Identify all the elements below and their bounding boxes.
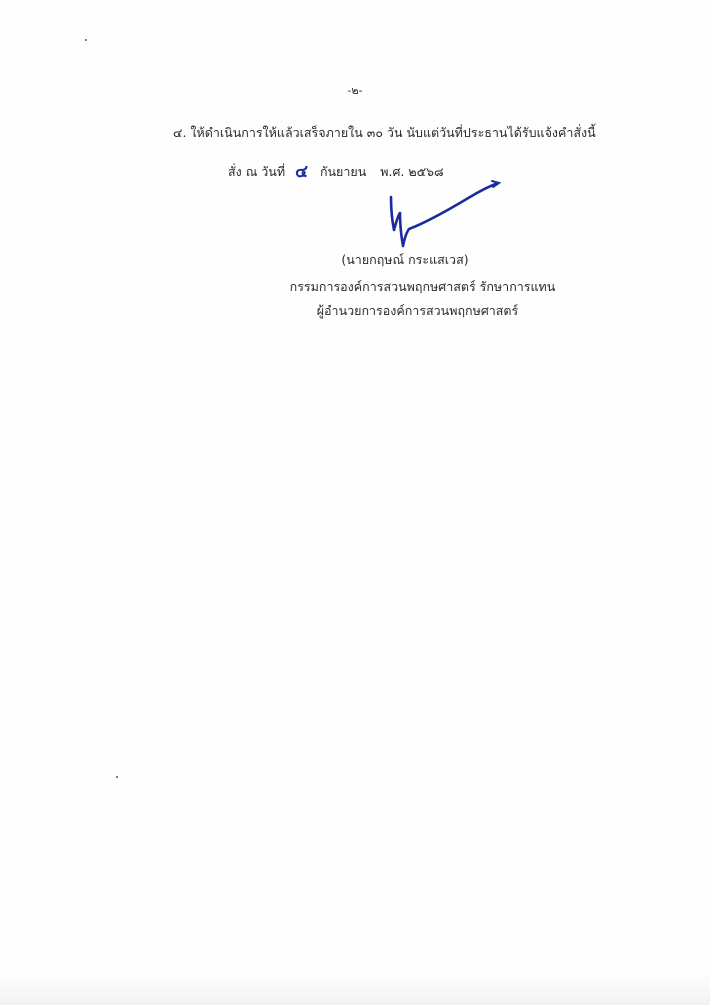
scan-speck (116, 776, 118, 778)
scan-edge-shadow (0, 975, 710, 1005)
signatory-title-line-1: กรรมการองค์การสวนพฤกษศาสตร์ รักษาการแทน (0, 279, 710, 295)
scanned-document-page: -๒- ๔. ให้ดำเนินการให้แล้วเสร็จภายใน ๓๐ … (0, 0, 710, 1005)
scan-speck (85, 39, 87, 41)
handwritten-signature (370, 175, 510, 255)
handwritten-day: ๔ (295, 164, 308, 180)
page-number: -๒- (0, 83, 710, 99)
date-prefix: สั่ง ณ วันที่ (228, 164, 285, 179)
date-month: กันยายน (320, 164, 366, 179)
signatory-name: (นายกฤษณ์ กระแสเวส) (0, 252, 710, 268)
signatory-title-line-2: ผู้อำนวยการองค์การสวนพฤกษศาสตร์ (0, 303, 710, 319)
clause-4-text: ๔. ให้ดำเนินการให้แล้วเสร็จภายใน ๓๐ วัน … (173, 125, 596, 141)
